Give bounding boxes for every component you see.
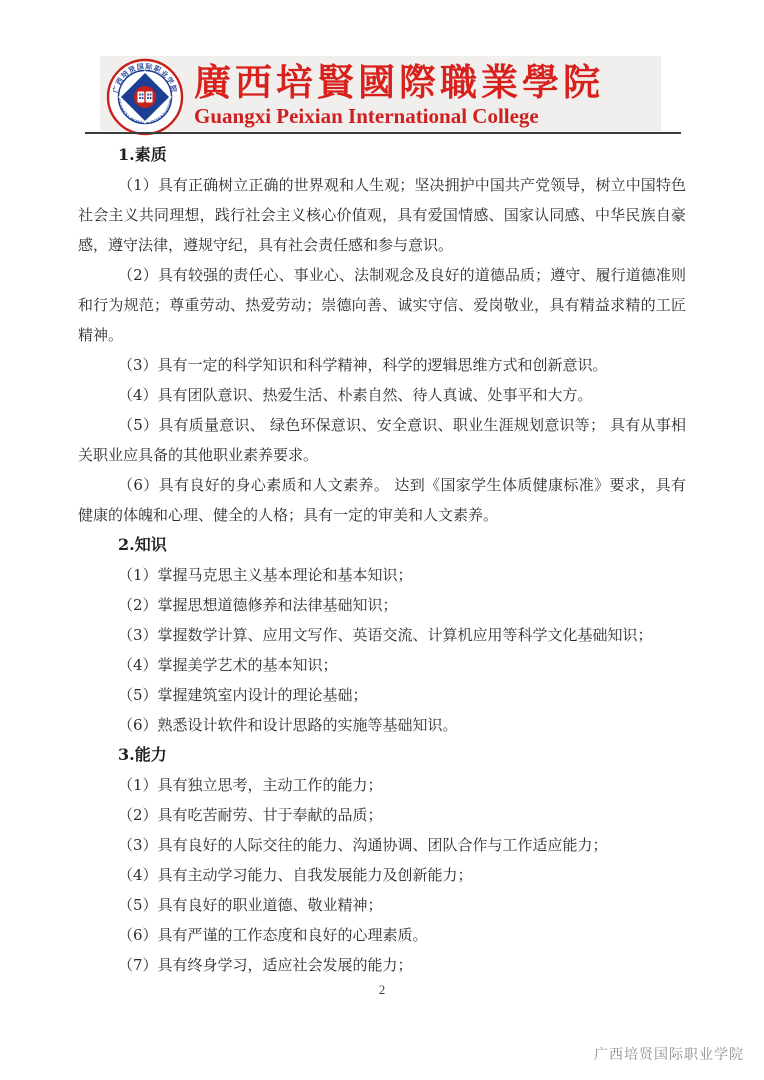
paragraph: （4）具有团队意识、热爱生活、朴素自然、待人真诚、处事平和大方。 <box>78 380 686 410</box>
page-number: 2 <box>0 982 764 998</box>
paragraph: （4）具有主动学习能力、自我发展能力及创新能力； <box>78 860 686 890</box>
paragraph: （1）具有独立思考，主动工作的能力； <box>78 770 686 800</box>
section-heading: 2.知识 <box>78 530 686 560</box>
paragraph: （3）掌握数学计算、应用文写作、英语交流、计算机应用等科学文化基础知识； <box>78 620 686 650</box>
paragraph: （5）具有良好的职业道德、敬业精神； <box>78 890 686 920</box>
section-heading: 3.能力 <box>78 740 686 770</box>
document-body: 1.素质（1）具有正确树立正确的世界观和人生观；坚决拥护中国共产党领导，树立中国… <box>78 140 686 980</box>
section-heading: 1.素质 <box>78 140 686 170</box>
paragraph: （3）具有一定的科学知识和科学精神，科学的逻辑思维方式和创新意识。 <box>78 350 686 380</box>
paragraph: （6）熟悉设计软件和设计思路的实施等基础知识。 <box>78 710 686 740</box>
paragraph: （3）具有良好的人际交往的能力、沟通协调、团队合作与工作适应能力； <box>78 830 686 860</box>
paragraph: （5）掌握建筑室内设计的理论基础； <box>78 680 686 710</box>
paragraph: （6）具有严谨的工作态度和良好的心理素质。 <box>78 920 686 950</box>
paragraph: （2）具有吃苦耐劳、甘于奉献的品质； <box>78 800 686 830</box>
paragraph: （6）具有良好的身心素质和人文素养。 达到《国家学生体质健康标准》要求，具有健康… <box>78 470 686 530</box>
paragraph: （1）掌握马克思主义基本理论和基本知识； <box>78 560 686 590</box>
paragraph: （1）具有正确树立正确的世界观和人生观；坚决拥护中国共产党领导，树立中国特色社会… <box>78 170 686 260</box>
college-header-banner: 广西培贤国际职业学院 GUANGXI PEIXIAN INTERNATIONAL… <box>100 56 661 131</box>
paragraph: （2）具有较强的责任心、事业心、法制观念及良好的道德品质；遵守、履行道德准则和行… <box>78 260 686 350</box>
paragraph: （4）掌握美学艺术的基本知识； <box>78 650 686 680</box>
college-logo: 广西培贤国际职业学院 GUANGXI PEIXIAN INTERNATIONAL… <box>106 58 184 136</box>
watermark-text: 广西培贤国际职业学院 <box>594 1044 744 1064</box>
college-seal-icon: 广西培贤国际职业学院 GUANGXI PEIXIAN INTERNATIONAL… <box>106 58 184 136</box>
paragraph: （7）具有终身学习，适应社会发展的能力； <box>78 950 686 980</box>
document-page: 广西培贤国际职业学院 GUANGXI PEIXIAN INTERNATIONAL… <box>0 0 764 1080</box>
college-title-chinese: 廣西培賢國際職業學院 <box>194 60 659 104</box>
paragraph: （5）具有质量意识、 绿色环保意识、安全意识、职业生涯规划意识等； 具有从事相关… <box>78 410 686 470</box>
college-title-english: Guangxi Peixian International College <box>194 104 659 128</box>
header-divider-line <box>85 132 681 134</box>
paragraph: （2）掌握思想道德修养和法律基础知识； <box>78 590 686 620</box>
